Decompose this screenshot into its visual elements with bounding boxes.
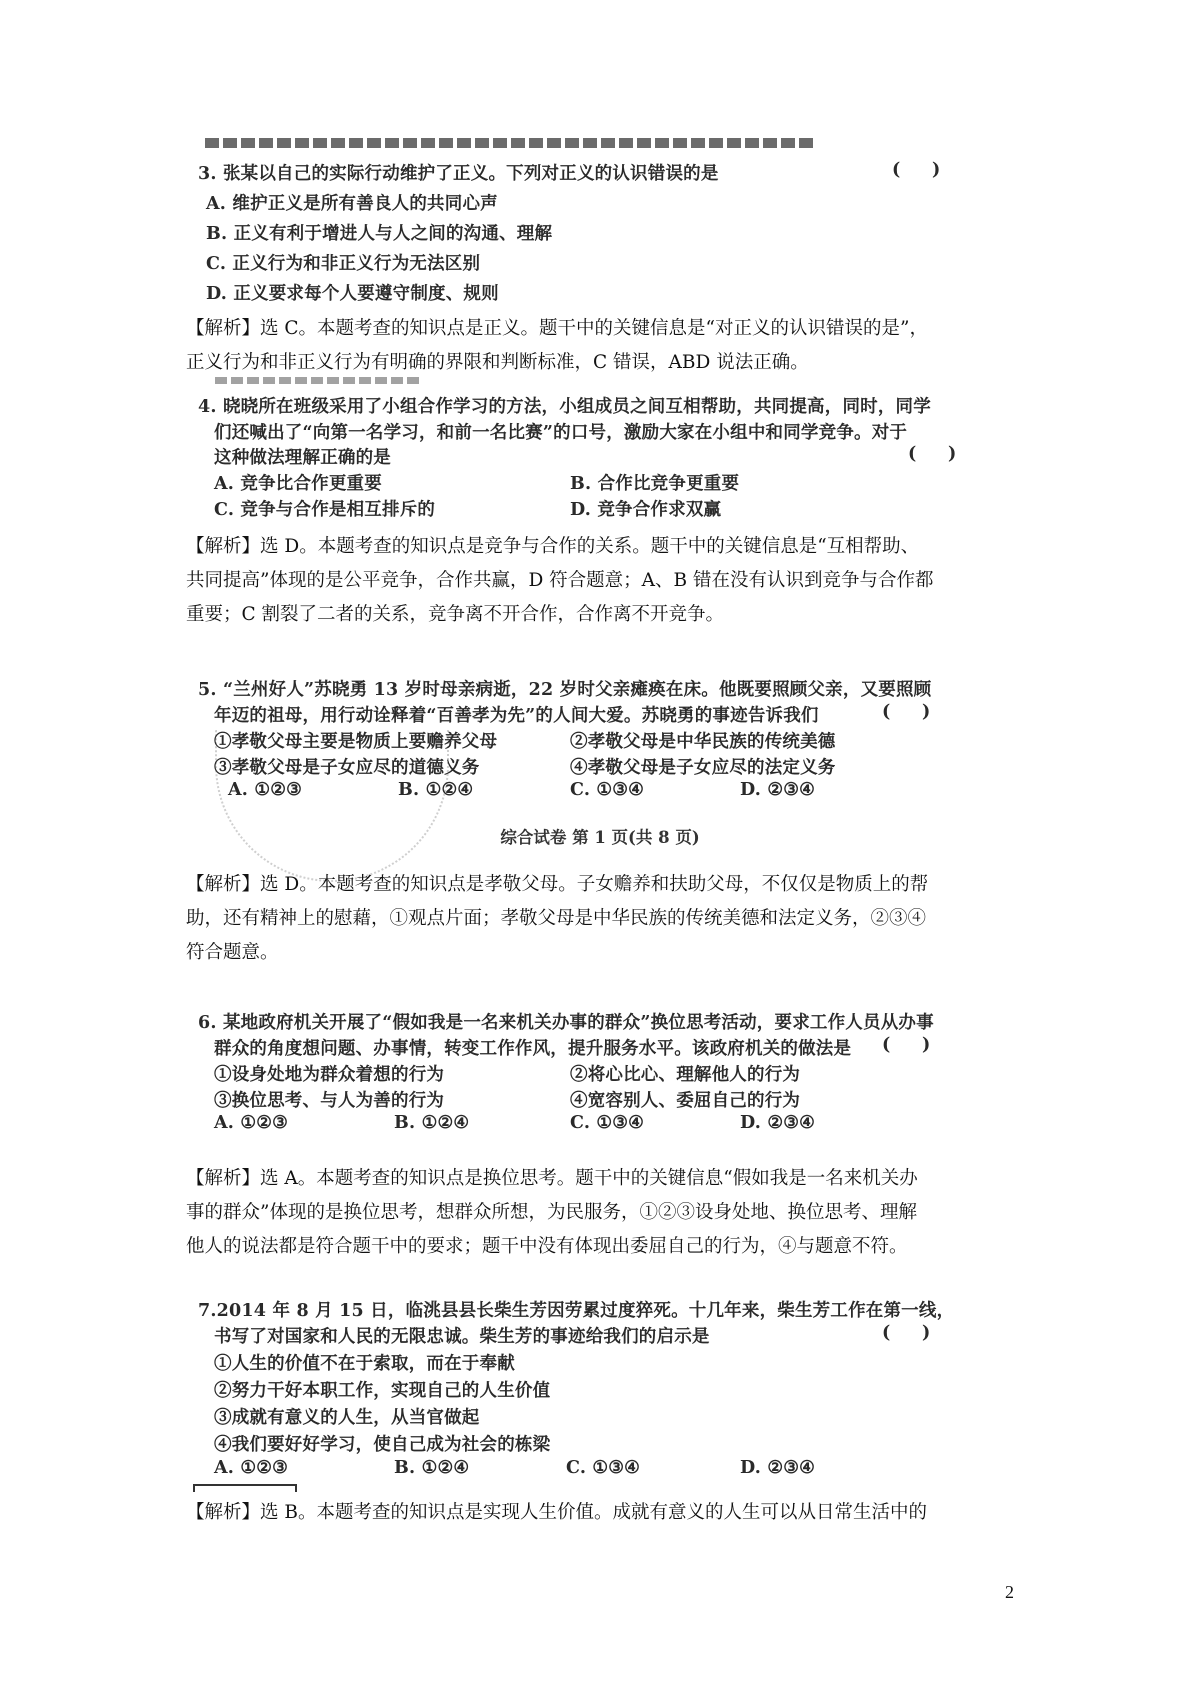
question-7-scan: 7.2014 年 8 月 15 日，临洮县县长柴生芳因劳累过度猝死。十几年来，柴… bbox=[0, 0, 1200, 1490]
statement-3: ③成就有意义的人生，从当官做起 bbox=[214, 1404, 480, 1429]
statement-1: ①人生的价值不在于索取，而在于奉献 bbox=[214, 1350, 515, 1375]
question-stem: 7.2014 年 8 月 15 日，临洮县县长柴生芳因劳累过度猝死。十几年来，柴… bbox=[198, 1297, 954, 1322]
answer-blank: ( ) bbox=[882, 1323, 930, 1343]
question-stem: 书写了对国家和人民的无限忠诚。柴生芳的事迹给我们的启示是 bbox=[214, 1323, 710, 1348]
option-c: C. ①③④ bbox=[566, 1458, 640, 1478]
analysis-q7: 【解析】选 B。本题考查的知识点是实现人生价值。成就有意义的人生可以从日常生活中… bbox=[186, 1496, 1016, 1530]
analysis-line: 【解析】选 B。本题考查的知识点是实现人生价值。成就有意义的人生可以从日常生活中… bbox=[186, 1496, 1016, 1530]
statement-4: ④我们要好好学习，使自己成为社会的栋梁 bbox=[214, 1431, 550, 1456]
option-d: D. ②③④ bbox=[740, 1458, 815, 1478]
page-number: 2 bbox=[1005, 1582, 1014, 1603]
table-edge-fragment bbox=[193, 1484, 297, 1492]
option-a: A. ①②③ bbox=[214, 1458, 288, 1478]
option-b: B. ①②④ bbox=[394, 1458, 469, 1478]
statement-2: ②努力干好本职工作，实现自己的人生价值 bbox=[214, 1377, 550, 1402]
document-page: 3. 张某以自己的实际行动维护了正义。下列对正义的认识错误的是 ( ) A. 维… bbox=[0, 0, 1200, 1698]
